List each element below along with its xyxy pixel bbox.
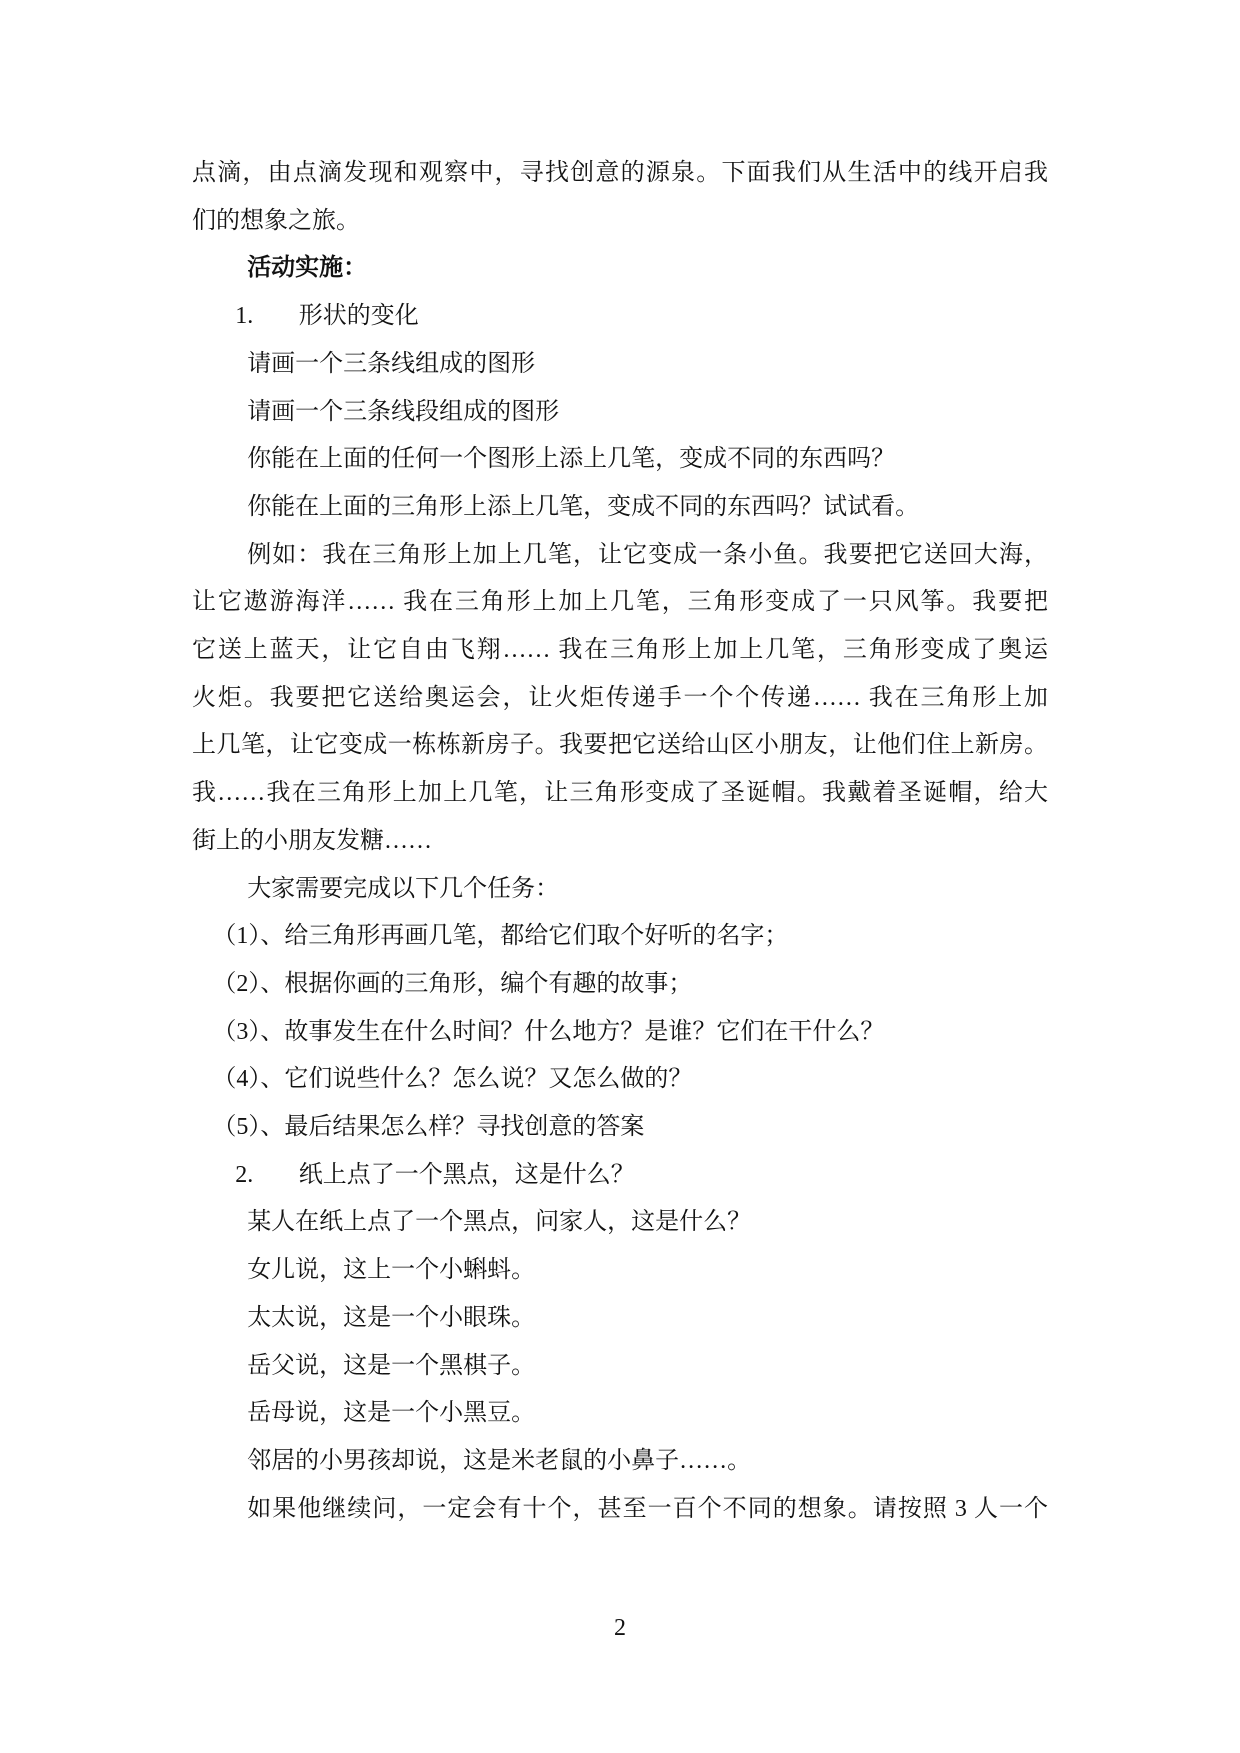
section-heading: 活动实施： [192,245,1048,293]
paragraph-line: 太太说，这是一个小眼珠。 [192,1295,1048,1343]
page-number: 2 [192,1605,1048,1653]
paragraph-line: 请画一个三条线组成的图形 [192,341,1048,389]
list-item: （1）、给三角形再画几笔，都给它们取个好听的名字； [192,913,1048,961]
list-item: （4）、它们说些什么？怎么说？又怎么做的？ [192,1056,1048,1104]
item-text: 纸上点了一个黑点，这是什么？ [299,1162,635,1188]
item-number: 2. [235,1152,253,1200]
list-item: （2）、根据你画的三角形，编个有趣的故事； [192,961,1048,1009]
paragraph-line: 点滴，由点滴发现和观察中，寻找创意的源泉。下面我们从生活中的线开启我 [192,150,1048,198]
paragraph-line: 如果他继续问，一定会有十个，甚至一百个不同的想象。请按照 3 人一个 [192,1486,1048,1534]
paragraph-line: 你能在上面的三角形上添上几笔，变成不同的东西吗？试试看。 [192,484,1048,532]
paragraph-line: 我……我在三角形上加上几笔，让三角形变成了圣诞帽。我戴着圣诞帽，给大 [192,770,1048,818]
list-item: （3）、故事发生在什么时间？什么地方？是谁？它们在干什么？ [192,1009,1048,1057]
paragraph-line: 让它遨游海洋…… 我在三角形上加上几笔，三角形变成了一只风筝。我要把 [192,579,1048,627]
paragraph-line: 你能在上面的任何一个图形上添上几笔，变成不同的东西吗？ [192,436,1048,484]
document-body: 点滴，由点滴发现和观察中，寻找创意的源泉。下面我们从生活中的线开启我 们的想象之… [192,150,1048,1533]
paragraph-line: 们的想象之旅。 [192,198,1048,246]
paragraph-line: 岳父说，这是一个黑棋子。 [192,1343,1048,1391]
item-number: 1. [235,293,253,341]
numbered-item-1: 1.形状的变化 [192,293,1048,341]
paragraph-line: 请画一个三条线段组成的图形 [192,389,1048,437]
item-text: 形状的变化 [299,303,419,329]
paragraph-line: 某人在纸上点了一个黑点，问家人，这是什么？ [192,1199,1048,1247]
paragraph-line: 邻居的小男孩却说，这是米老鼠的小鼻子……。 [192,1438,1048,1486]
paragraph-line: 女儿说，这上一个小蝌蚪。 [192,1247,1048,1295]
paragraph-line: 例如：我在三角形上加上几笔，让它变成一条小鱼。我要把它送回大海， [192,532,1048,580]
paragraph-line: 大家需要完成以下几个任务： [192,866,1048,914]
paragraph-line: 上几笔，让它变成一栋栋新房子。我要把它送给山区小朋友，让他们住上新房。 [192,722,1048,770]
paragraph-line: 火炬。我要把它送给奥运会，让火炬传递手一个个传递…… 我在三角形上加 [192,675,1048,723]
list-item: （5）、最后结果怎么样？寻找创意的答案 [192,1104,1048,1152]
paragraph-line: 街上的小朋友发糖…… [192,818,1048,866]
numbered-item-2: 2.纸上点了一个黑点，这是什么？ [192,1152,1048,1200]
paragraph-line: 它送上蓝天，让它自由飞翔…… 我在三角形上加上几笔，三角形变成了奥运 [192,627,1048,675]
paragraph-line: 岳母说，这是一个小黑豆。 [192,1390,1048,1438]
